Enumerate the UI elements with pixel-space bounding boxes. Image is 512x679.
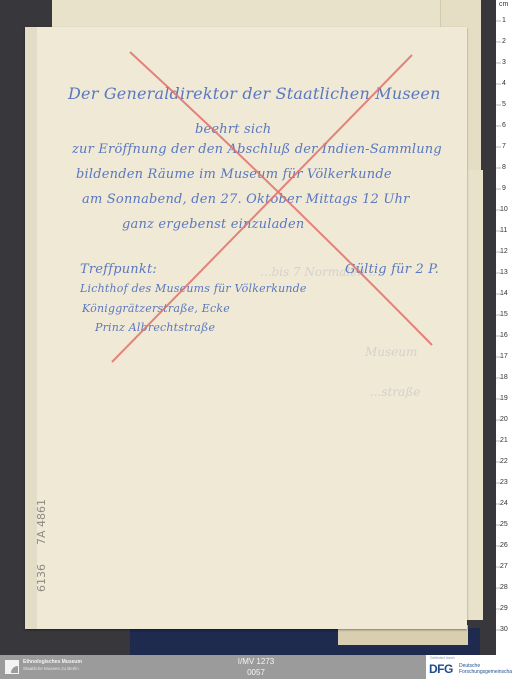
letter-line: Der Generaldirektor der Staatlichen Muse…	[68, 84, 441, 103]
meeting-point-line: Königgrätzerstraße, Ecke	[82, 302, 230, 315]
ruler-tick: 21	[500, 437, 508, 444]
ruler-tick: 23	[500, 479, 508, 486]
ruler-tick: 10	[500, 206, 508, 213]
letter-line: beehrt sich	[195, 122, 271, 137]
letter-line: ganz ergebenst einzuladen	[122, 217, 305, 232]
ruler-tick: 7	[502, 143, 506, 150]
letter-line: am Sonnabend, den 27. Oktober Mittags 12…	[82, 192, 410, 207]
ruler-tick: 15	[500, 311, 508, 318]
ruler-tick: 6	[502, 122, 506, 129]
ruler-tick: 3	[502, 59, 506, 66]
dfg-logo-icon: DFG	[429, 662, 453, 676]
ruler-tick: 8	[502, 164, 506, 171]
ruler-tick: 20	[500, 416, 508, 423]
ruler-unit: cm	[499, 1, 508, 8]
ruler-tick: 4	[502, 80, 506, 87]
back-sheet	[52, 0, 472, 30]
ruler-tick: 11	[500, 227, 507, 234]
ruler-tick: 14	[500, 290, 508, 297]
ruler-tick: 24	[500, 500, 508, 507]
ruler-tick: 12	[500, 248, 508, 255]
ruler-tick: 1	[502, 17, 506, 24]
meeting-point-heading: Treffpunkt:	[80, 262, 157, 277]
meeting-point-line: Prinz Albrechtstraße	[95, 321, 215, 334]
scan-viewer: ...bis 7 Normalen ... Museum ...straße D…	[0, 0, 512, 655]
archive-number: 6136	[35, 564, 48, 592]
validity-note: Gültig für 2 P.	[345, 262, 439, 277]
ruler-tick: 29	[500, 605, 508, 612]
ruler-tick: 18	[500, 374, 508, 381]
footer-bar: Ethnologisches Museum Staatliche Museen …	[0, 655, 512, 679]
ruler-tick: 26	[500, 542, 508, 549]
funder-name: Deutsche Forschungsgemeinschaft	[459, 663, 512, 675]
bleed-through-text: Museum	[365, 345, 417, 359]
letter-line: bildenden Räume im Museum für Völkerkund…	[76, 167, 392, 182]
bleed-through-text: ...straße	[370, 385, 420, 399]
letter-line: zur Eröffnung der den Abschluß der Indie…	[72, 142, 442, 157]
ruler-tick: 22	[500, 458, 508, 465]
invitation-letter	[25, 27, 467, 629]
ruler-tick: 13	[500, 269, 508, 276]
ruler-tick: 27	[500, 563, 508, 570]
ruler-ticks	[496, 0, 512, 655]
cm-ruler	[496, 0, 512, 655]
ruler-tick: 30	[500, 626, 508, 633]
ruler-tick: 25	[500, 521, 508, 528]
meeting-point-line: Lichthof des Museums für Völkerkunde	[80, 282, 307, 295]
ruler-tick: 28	[500, 584, 508, 591]
ruler-tick: 19	[500, 395, 508, 402]
ruler-tick: 16	[500, 332, 508, 339]
ruler-tick: 2	[502, 38, 506, 45]
funder-caption: Gefördert durch	[430, 656, 455, 660]
ruler-tick: 9	[502, 185, 506, 192]
funder-name-line2: Forschungsgemeinschaft	[459, 669, 512, 675]
ruler-tick: 5	[502, 101, 506, 108]
ruler-tick: 17	[500, 353, 508, 360]
funder-panel: Gefördert durch DFG Deutsche Forschungsg…	[426, 655, 512, 679]
archive-number: 7A 4861	[35, 499, 48, 545]
